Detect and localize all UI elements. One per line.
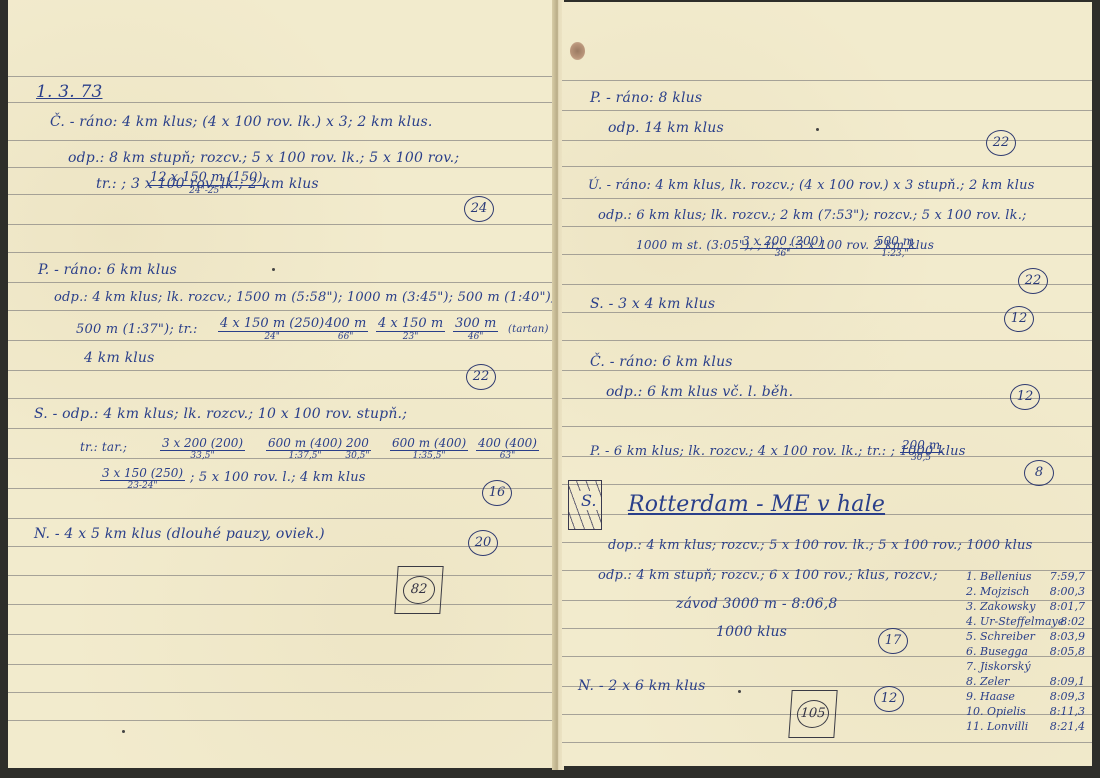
interval-fraction: 600 m (400)1:37,5" <box>266 436 344 461</box>
result-row: 5. Schreiber8:03,9 <box>966 630 1091 645</box>
interval-fraction: 400 (400)63" <box>476 436 539 461</box>
entry-line: N. - 2 x 6 km klus <box>578 678 705 694</box>
entry-line: odp.: 6 km klus; lk. rozcv.; 2 km (7:53"… <box>598 208 1027 223</box>
hatched-day-marker: S. <box>568 480 602 530</box>
entry-date: 1. 3. 73 <box>36 82 102 102</box>
race-result-line: závod 3000 m - 8:06,8 <box>676 596 837 612</box>
session-score: 8 <box>1024 460 1054 486</box>
notebook-spread: 1. 3. 73 Č. - ráno: 4 km klus; (4 x 100 … <box>0 0 1100 778</box>
entry-line: N. - 4 x 5 km klus (dlouhé pauzy, oviek.… <box>34 526 325 542</box>
entry-line: odp. 14 km klus <box>608 120 724 136</box>
entry-line: ; 5 x 100 rov. l.; 4 km klus <box>190 470 366 485</box>
session-score: 20 <box>468 530 498 556</box>
right-page: P. - ráno: 8 klus odp. 14 km klus 22 Ú. … <box>562 2 1092 766</box>
session-score: 24 <box>464 196 494 222</box>
session-score: 16 <box>482 480 512 506</box>
entry-line: tr.: tar.; <box>80 440 127 454</box>
entry-line: Č. - ráno: 4 km klus; (4 x 100 rov. lk.)… <box>50 114 433 130</box>
entry-line: odp.: 4 km klus; lk. rozcv.; 1500 m (5:5… <box>54 290 555 305</box>
entry-line: odp.: 8 km stupň; rozcv.; 5 x 100 rov. l… <box>68 150 459 166</box>
entry-line: Ú. - ráno: 4 km klus, lk. rozcv.; (4 x 1… <box>588 178 1035 193</box>
session-score: 17 <box>878 628 908 654</box>
result-row: 10. Opielis8:11,3 <box>966 705 1091 720</box>
entry-line: odp.: 4 km stupň; rozcv.; 6 x 100 rov.; … <box>598 568 938 583</box>
entry-line: 1000 klus <box>716 624 787 640</box>
interval-fraction: 3 x 150 (250)23-24" <box>100 466 185 491</box>
session-score: 22 <box>986 130 1016 156</box>
entry-line: dop.: 4 km klus; rozcv.; 5 x 100 rov. lk… <box>608 538 1032 553</box>
session-score: 22 <box>1018 268 1048 294</box>
result-row: 7. Jiskorský <box>966 660 1091 675</box>
result-row: 9. Haase8:09,3 <box>966 690 1091 705</box>
result-row: 6. Busegga8:05,8 <box>966 645 1091 660</box>
entry-line: odp.: 6 km klus vč. l. běh. <box>606 384 793 400</box>
interval-fraction: 300 m46" <box>453 316 498 342</box>
interval-fraction: 20030,5" <box>344 436 371 461</box>
result-row: 1. Bellenius7:59,7 <box>966 570 1091 585</box>
entry-line: P. - ráno: 6 km klus <box>38 262 177 278</box>
interval-fraction: 600 m (400)1:35,5" <box>390 436 468 461</box>
result-row: 11. Lonvilli8:21,4 <box>966 720 1091 735</box>
entry-line: 500 m (1:37"); tr.: <box>76 322 198 337</box>
punch-stain <box>570 42 585 60</box>
surface-note: (tartan) <box>508 324 549 335</box>
entry-line: 4 km klus <box>84 350 155 366</box>
session-score: 12 <box>874 686 904 712</box>
entry-line: P. - ráno: 8 klus <box>590 90 702 106</box>
weekly-total: 82 <box>402 576 436 604</box>
session-score: 22 <box>466 364 496 390</box>
interval-fraction: 4 x 150 m23" <box>376 316 445 342</box>
race-title: Rotterdam - ME v hale <box>628 492 885 517</box>
entry-line: S. - 3 x 4 km klus <box>590 296 715 312</box>
session-score: 12 <box>1010 384 1040 410</box>
result-row: 2. Mojzisch8:00,3 <box>966 585 1091 600</box>
interval-fraction: 500 m1:23," <box>874 234 916 259</box>
session-score: 12 <box>1004 306 1034 332</box>
interval-fraction: 3 x 200 (200)33,5" <box>160 436 245 461</box>
result-row: 8. Zeler8:09,1 <box>966 675 1091 690</box>
entry-line: Č. - ráno: 6 km klus <box>590 354 733 370</box>
result-row: 3. Zakowsky8:01,7 <box>966 600 1091 615</box>
interval-fraction: 4 x 150 m (250)24" <box>218 316 326 342</box>
interval-fraction: 400 m66" <box>323 316 368 342</box>
interval-fraction: 3 x 200 (200)36" <box>740 234 825 259</box>
entry-line: S. - odp.: 4 km klus; lk. rozcv.; 10 x 1… <box>34 406 407 422</box>
left-page: 1. 3. 73 Č. - ráno: 4 km klus; (4 x 100 … <box>8 0 556 768</box>
race-results-list: 1. Bellenius7:59,7 2. Mojzisch8:00,3 3. … <box>966 570 1091 735</box>
interval-fraction: 200 m30,5 <box>900 438 942 463</box>
result-row: 4. Ur-Steffelmaye8:02 <box>966 615 1091 630</box>
weekly-total-box: 105 <box>788 690 837 738</box>
interval-fraction: 12 x 150 m (150)24"-25" <box>148 170 265 196</box>
weekly-total-box: 82 <box>394 566 443 614</box>
weekly-total: 105 <box>796 700 830 728</box>
